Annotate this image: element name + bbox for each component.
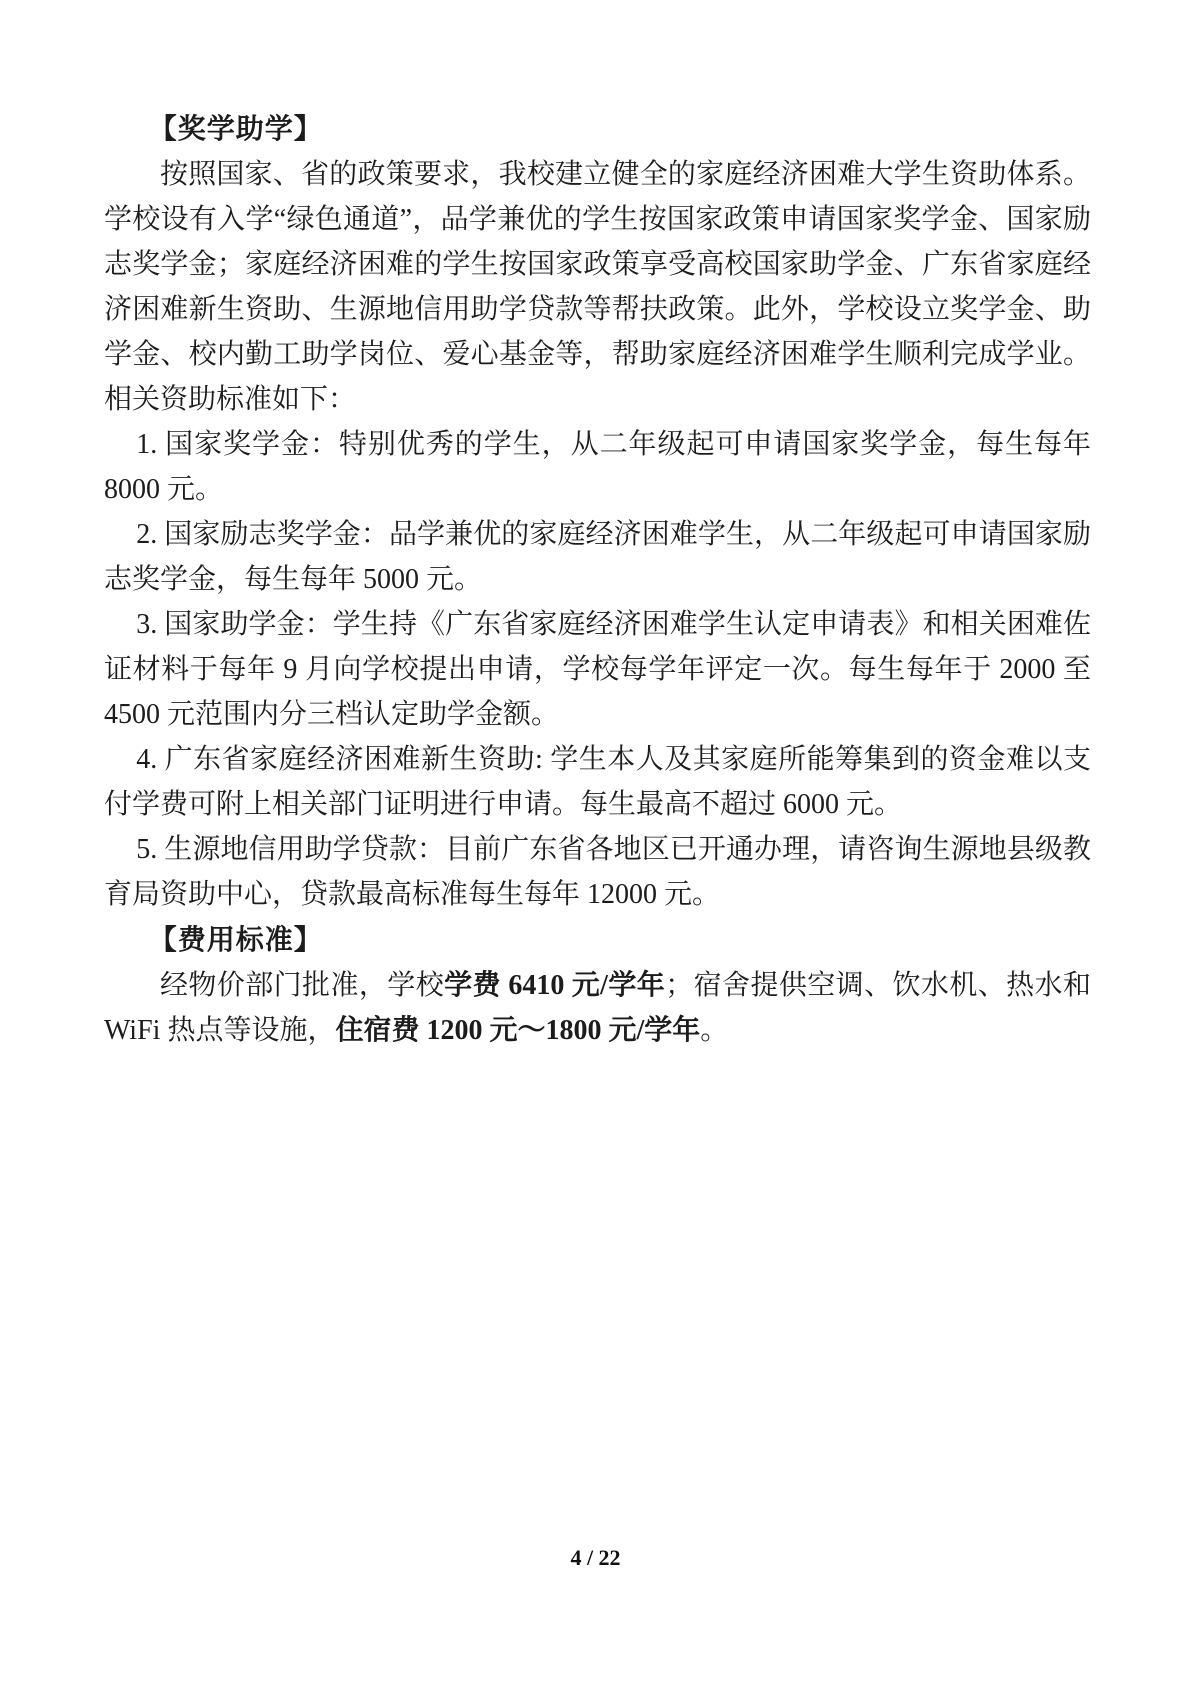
aid-item-national-grant: 3. 国家助学金：学生持《广东省家庭经济困难学生认定申请表》和相关困难佐证材料于… <box>104 602 1091 737</box>
aid-item-national-endeavor-scholarship: 2. 国家励志奖学金：品学兼优的家庭经济困难学生，从二年级起可申请国家励志奖学金… <box>104 512 1091 602</box>
aid-item-student-loan: 5. 生源地信用助学贷款：目前广东省各地区已开通办理，请咨询生源地县级教育局资助… <box>104 827 1091 917</box>
section-heading-fee-standard: 【费用标准】 <box>104 917 1091 963</box>
accommodation-fee-bold: 住宿费 1200 元～1800 元/学年 <box>335 1015 700 1046</box>
document-page: 【奖学助学】 按照国家、省的政策要求，我校建立健全的家庭经济困难大学生资助体系。… <box>0 0 1191 1684</box>
aid-item-guangdong-freshman-aid: 4. 广东省家庭经济困难新生资助: 学生本人及其家庭所能筹集到的资金难以支付学费… <box>104 737 1091 827</box>
scholarship-intro-paragraph: 按照国家、省的政策要求，我校建立健全的家庭经济困难大学生资助体系。学校设有入学“… <box>104 152 1091 422</box>
fees-paragraph: 经物价部门批准，学校学费 6410 元/学年；宿舍提供空调、饮水机、热水和 Wi… <box>104 963 1091 1053</box>
aid-item-national-scholarship: 1. 国家奖学金：特别优秀的学生，从二年级起可申请国家奖学金，每生每年 8000… <box>104 422 1091 512</box>
fees-text-after: 。 <box>700 1015 728 1046</box>
page-number: 4 / 22 <box>0 1543 1191 1573</box>
section-heading-scholarship-aid: 【奖学助学】 <box>104 106 1091 152</box>
fees-text-before: 经物价部门批准，学校 <box>160 970 444 1001</box>
tuition-fee-bold: 学费 6410 元/学年 <box>444 970 665 1001</box>
